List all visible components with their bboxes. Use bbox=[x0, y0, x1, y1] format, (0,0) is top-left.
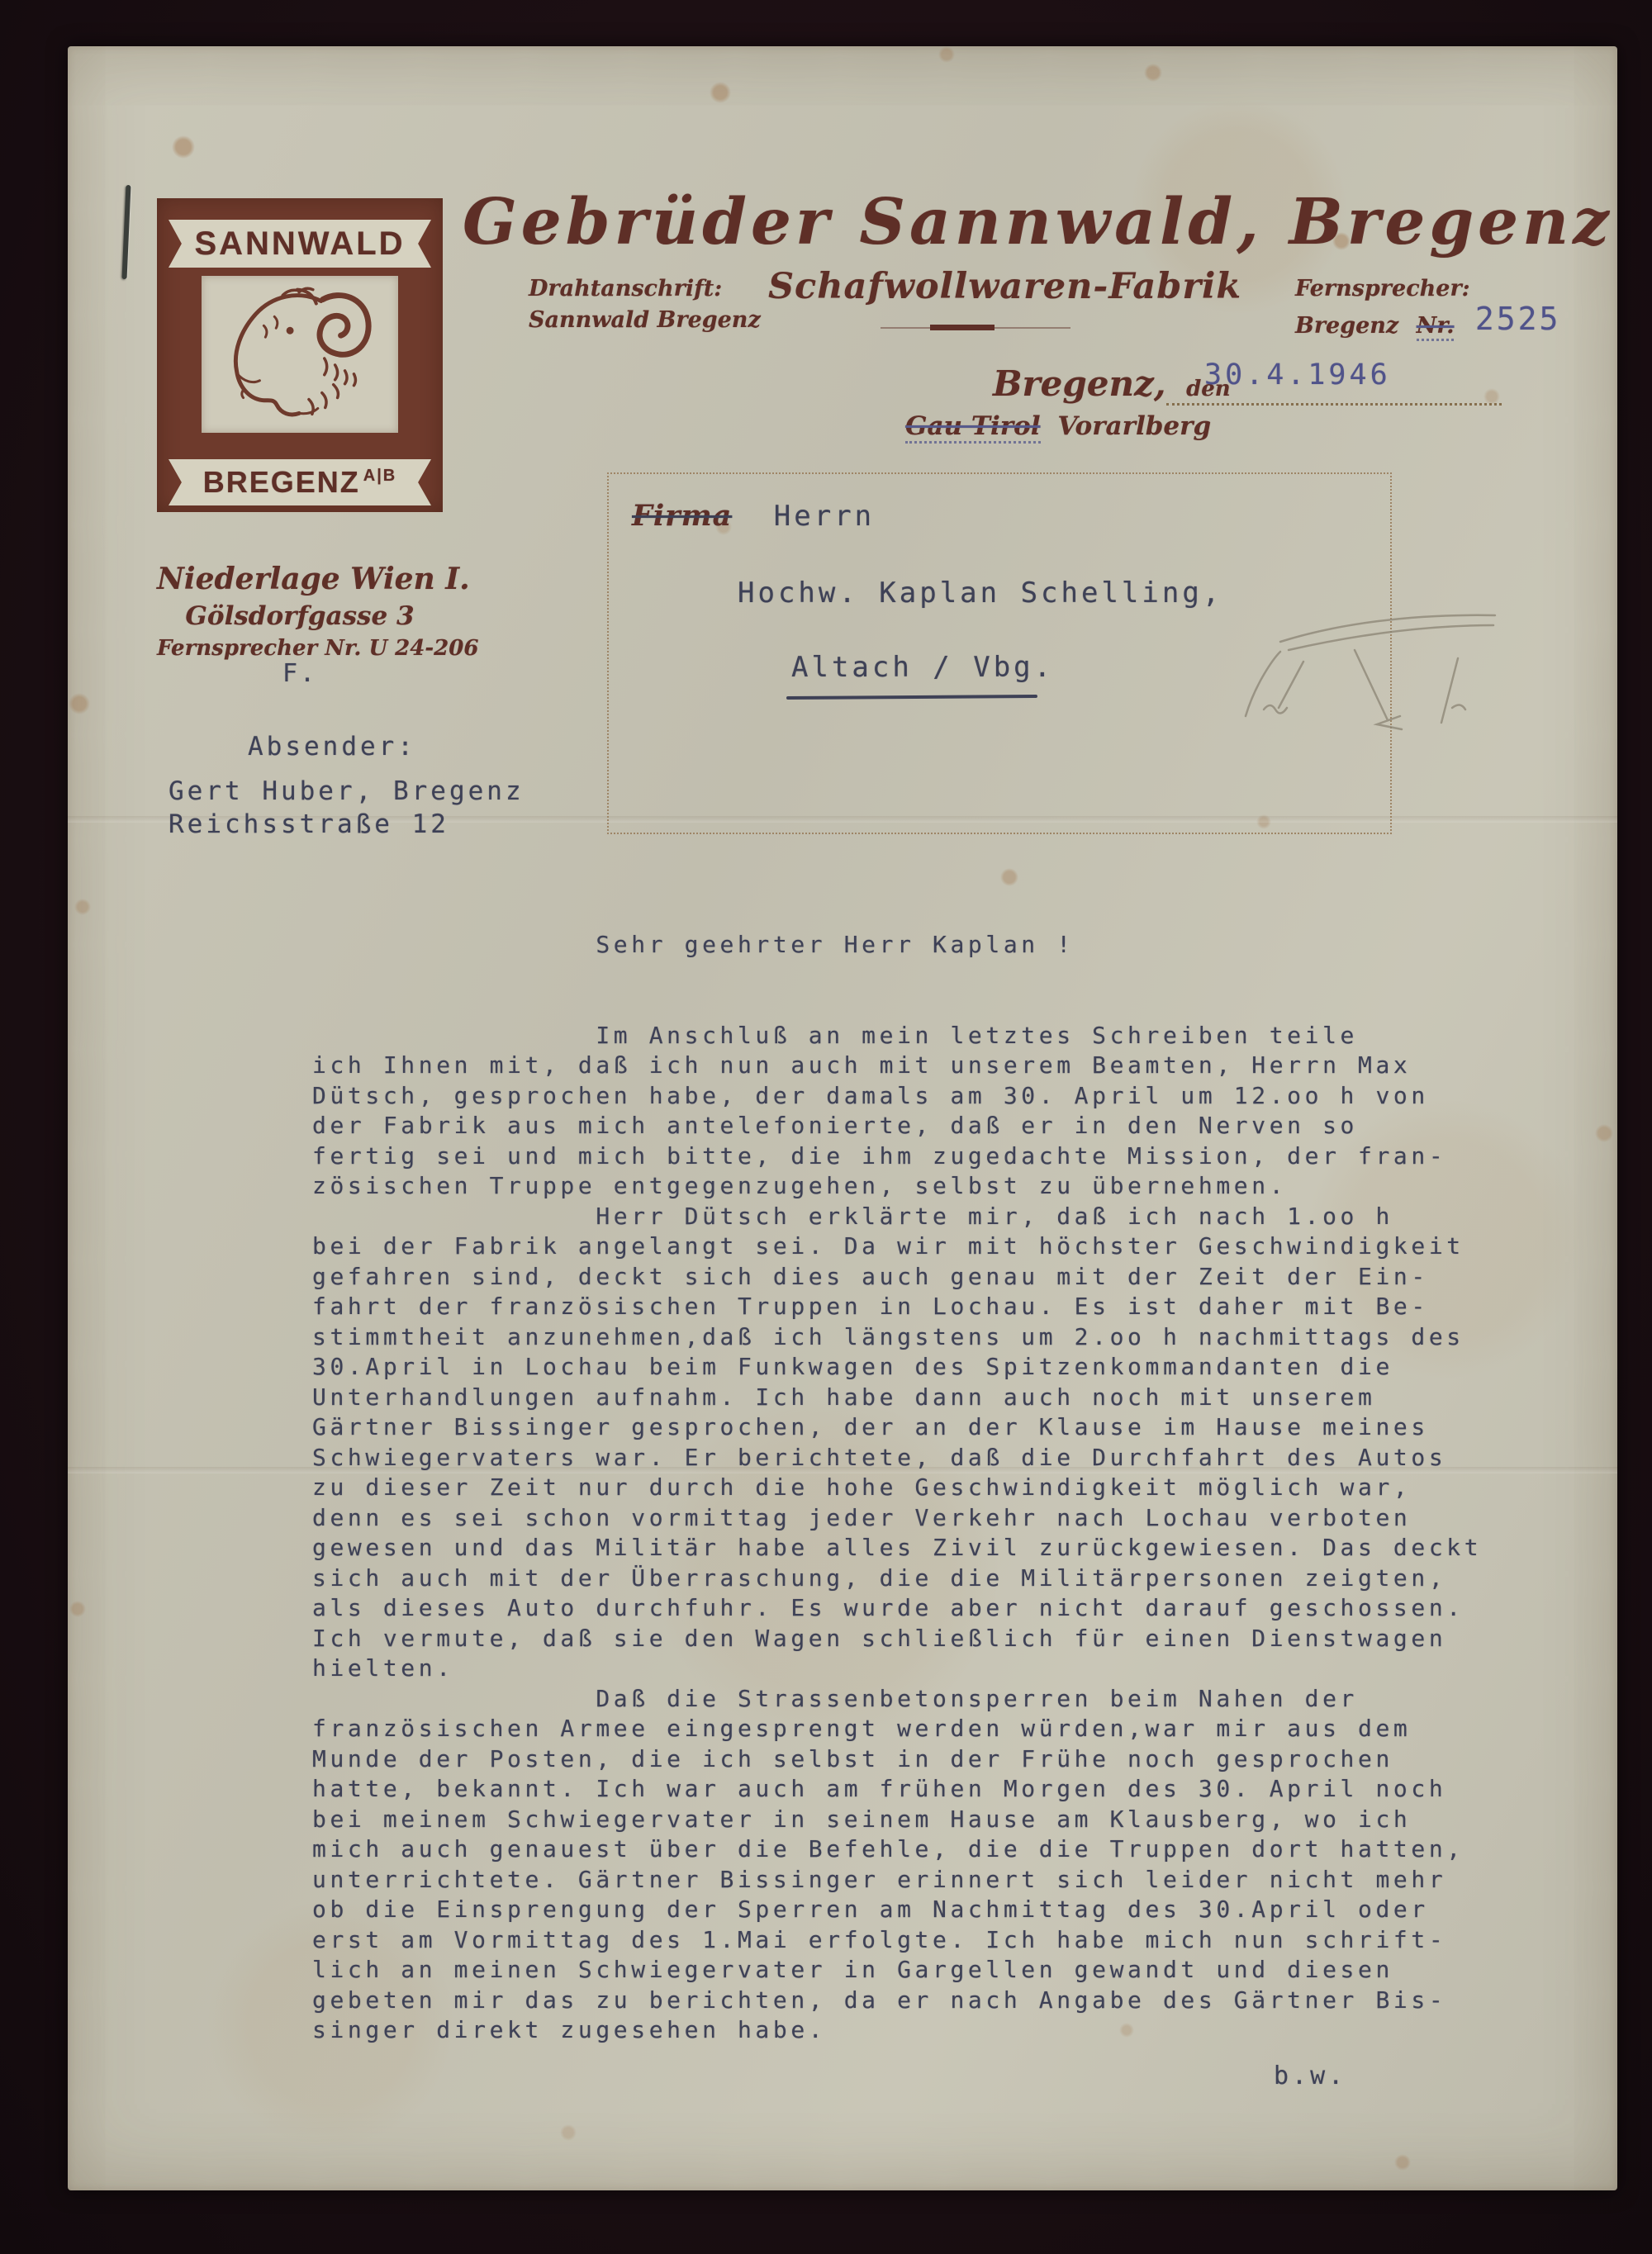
wire-address-value: Sannwald Bregenz bbox=[529, 307, 761, 333]
subtitle-rule-accent bbox=[930, 325, 995, 330]
typed-initial: F. bbox=[157, 659, 443, 688]
phone-place: Bregenz bbox=[1295, 313, 1398, 339]
pencil-scribble bbox=[1231, 591, 1520, 743]
phone-line: Bregenz Nr. 2525 bbox=[1295, 304, 1560, 340]
turn-over-note: b.w. bbox=[1274, 2062, 1346, 2090]
logo-emblem-frame bbox=[202, 276, 398, 433]
recipient-place: Altach / Vbg. bbox=[791, 651, 1054, 684]
place-date-city: Bregenz, bbox=[993, 363, 1165, 404]
logo-banner-top: SANNWALD bbox=[169, 220, 431, 268]
company-subtitle: Schafwollwaren-Fabrik bbox=[768, 266, 1181, 307]
company-title: Gebrüder Sannwald, Bregenz bbox=[463, 185, 1503, 259]
branch-address-line2: Gölsdorfgasse 3 bbox=[157, 601, 443, 631]
ram-head-icon bbox=[202, 276, 398, 433]
logo-banner-bottom-label: BREGENZ bbox=[203, 465, 360, 500]
place-date-label: Bregenz, den bbox=[993, 363, 1231, 404]
sender-street: Reichsstraße 12 bbox=[169, 809, 449, 839]
phone-printed-number-struck: Nr. bbox=[1417, 313, 1455, 341]
date-dotted-line bbox=[1166, 403, 1502, 406]
logo-banner-bottom: BREGENZ A|B bbox=[169, 459, 431, 505]
phone-label: Fernsprecher: bbox=[1295, 276, 1470, 301]
sender-name: Gert Huber, Bregenz bbox=[169, 776, 525, 806]
letter-body: Sehr geehrter Herr Kaplan ! Im Anschluß … bbox=[312, 930, 1482, 2046]
logo-banner-top-label: SANNWALD bbox=[194, 225, 405, 263]
sender-label: Absender: bbox=[248, 732, 416, 762]
scanned-letter-page: SANNWALD bbox=[0, 0, 1652, 2254]
recipient-salutation: Herrn bbox=[774, 500, 875, 533]
wire-address-label: Drahtanschrift: bbox=[529, 276, 722, 301]
typed-date: 30.4.1946 bbox=[1204, 358, 1391, 391]
recipient-name: Hochw. Kaplan Schelling, bbox=[738, 577, 1222, 610]
region-name: Vorarlberg bbox=[1057, 411, 1211, 441]
region-line: Gau Tirol Vorarlberg bbox=[905, 411, 1211, 441]
region-struck: Gau Tirol bbox=[905, 411, 1041, 444]
branch-address-line1: Niederlage Wien I. bbox=[157, 562, 443, 596]
branch-address-line3: Fernsprecher Nr. U 24-206 bbox=[157, 636, 443, 661]
recipient-printed-firma-struck: Firma bbox=[632, 499, 732, 533]
phone-number-typed: 2525 bbox=[1475, 301, 1561, 337]
company-logo: SANNWALD bbox=[157, 198, 443, 512]
recipient-line-salutation: Firma Herrn bbox=[632, 499, 875, 533]
logo-banner-bottom-sub: A|B bbox=[363, 467, 396, 486]
